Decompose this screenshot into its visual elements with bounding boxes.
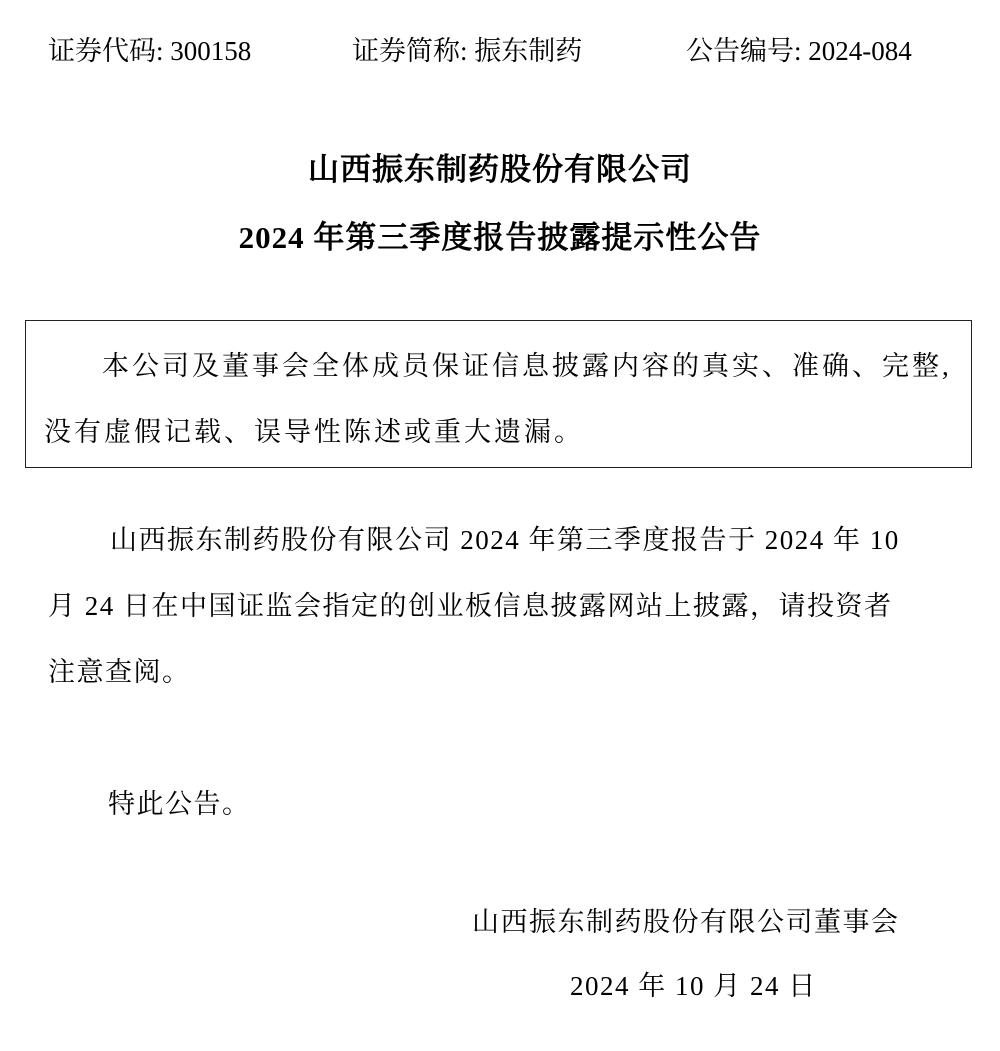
body-line-2: 月 24 日在中国证监会指定的创业板信息披露网站上披露，请投资者 — [48, 588, 893, 624]
stock-abbreviation: 证券简称: 振东制药 — [352, 33, 582, 69]
stock-code: 证券代码: 300158 — [48, 33, 251, 69]
statement-line-1: 本公司及董事会全体成员保证信息披露内容的真实、准确、完整, — [102, 348, 952, 384]
notice-number: 公告编号: 2024-084 — [686, 33, 912, 69]
notice-title: 2024 年第三季度报告披露提示性公告 — [0, 218, 1000, 258]
body-line-3: 注意查阅。 — [48, 654, 191, 690]
closing-remark: 特此公告。 — [108, 786, 251, 822]
signature-board: 山西振东制药股份有限公司董事会 — [472, 904, 900, 940]
statement-line-2: 没有虚假记载、误导性陈述或重大遗漏。 — [44, 414, 584, 450]
company-title: 山西振东制药股份有限公司 — [0, 150, 1000, 190]
signature-date: 2024 年 10 月 24 日 — [570, 968, 817, 1004]
body-line-1: 山西振东制药股份有限公司 2024 年第三季度报告于 2024 年 10 — [110, 522, 900, 558]
